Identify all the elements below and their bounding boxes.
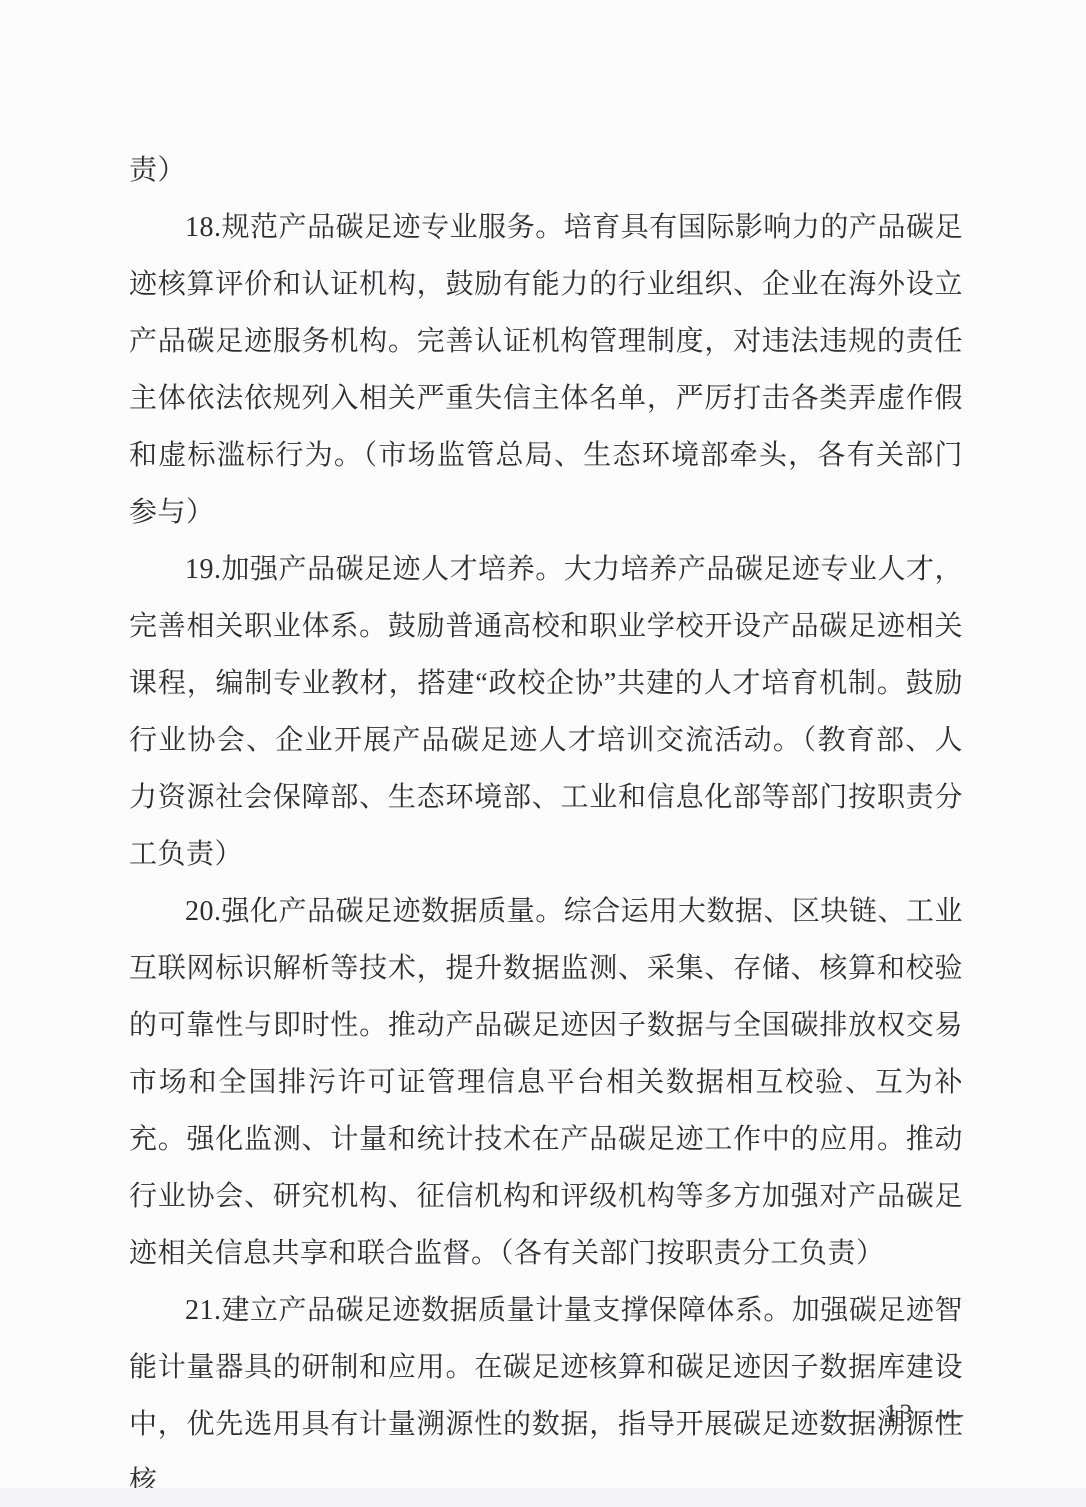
document-text-block: 责） 18.规范产品碳足迹专业服务。培育具有国际影响力的产品碳足迹核算评价和认证…	[129, 142, 963, 1507]
paragraph-item-20: 20.强化产品碳足迹数据质量。综合运用大数据、区块链、工业互联网标识解析等技术，…	[129, 883, 963, 1282]
scan-edge-strip	[0, 1488, 1086, 1507]
paragraph-item-19: 19.加强产品碳足迹人才培养。大力培养产品碳足迹专业人才，完善相关职业体系。鼓励…	[129, 541, 963, 883]
document-page: 责） 18.规范产品碳足迹专业服务。培育具有国际影响力的产品碳足迹核算评价和认证…	[0, 0, 1086, 1507]
paragraph-continuation: 责）	[129, 142, 963, 199]
paragraph-item-18: 18.规范产品碳足迹专业服务。培育具有国际影响力的产品碳足迹核算评价和认证机构，…	[129, 199, 963, 541]
page-number: — 13 —	[834, 1401, 965, 1427]
paragraph-item-21: 21.建立产品碳足迹数据质量计量支撑保障体系。加强碳足迹智能计量器具的研制和应用…	[129, 1282, 963, 1507]
